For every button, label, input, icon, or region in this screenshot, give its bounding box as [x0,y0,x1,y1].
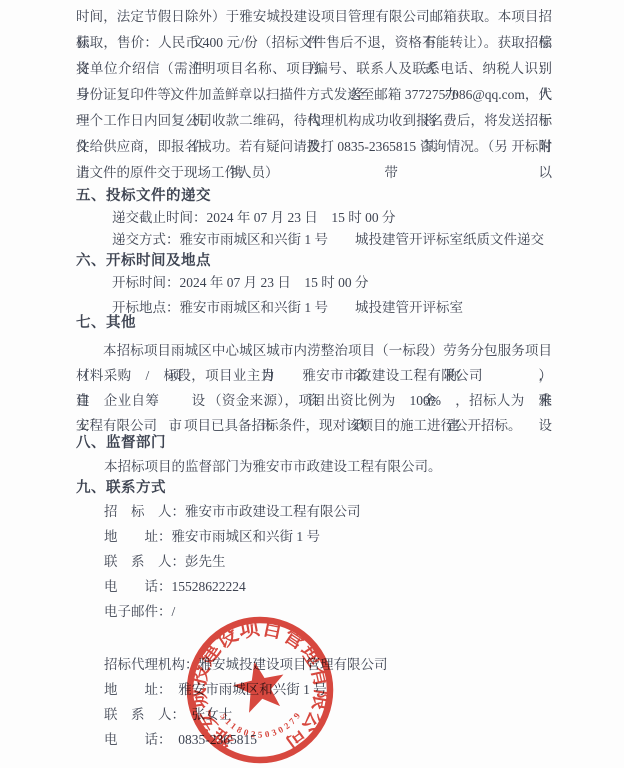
contact-label: 联 系 人： [104,707,178,722]
other-paragraph: 本招标项目雨城区中心城区城市内涝整治项目（一标段）劳务分包服务项目（项目名称） … [76,338,552,438]
section-heading-submission: 五、投标文件的递交 [76,186,552,207]
company-seal: 雅安城投建设项目管理有限公司 5118025030279 [185,615,335,765]
intro-paragraph: 时间，法定节假日除外）于雅安城投建设项目管理有限公司邮箱获取。本项目招标文件有偿… [76,4,552,186]
tenderer-contact-block: 招 标 人：雅安市市政建设工程有限公司 地 址：雅安市雨城区和兴街 1 号 联 … [76,499,552,624]
paragraph-line: 自 企业自筹 （资金来源），项目出资比例为 100% ，招标人为 雅安市市政建设 [76,388,552,413]
paragraph-line: 获取，售价：人民币 400 元/份（招标文件售后不退，资格不能转让）。获取招标文… [76,30,552,56]
contact-row-phone: 电 话：15528622224 [76,574,552,599]
contact-label: 电 话： [104,732,165,747]
seal-star [233,662,283,713]
contact-label: 招 标 人： [104,504,185,519]
paragraph-line: 一个工作日内回复公司收款二维码，待代理机构成功收到报名费后，将发送招标文件及其附 [76,108,552,134]
contact-label: 地 址： [104,529,172,544]
contact-label: 电 话： [104,579,172,594]
contact-value: 雅安市雨城区和兴街 1 号 [172,529,321,544]
paragraph-line: 材料采购 / 标段，项目业主为 雅安市市政建设工程有限公司 ，建设资金来 [76,363,552,388]
contact-label: 地 址： [104,682,165,697]
submission-method: 递交方式：雅安市雨城区和兴街 1 号 城投建管开评标室纸质文件递交 [76,229,552,251]
paragraph-line: 件给供应商，即报名成功。若有疑问请拨打 0835-2365815 咨询情况。（另… [76,134,552,160]
contact-label: 电子邮件： [104,604,172,619]
paragraph-line: 时间，法定节假日除外）于雅安城投建设项目管理有限公司邮箱获取。本项目招标文件有偿 [76,4,552,30]
paragraph-line: 身份证复印件等文件加盖鲜章以扫描件方式发送至邮箱 3772757086@qq.c… [76,82,552,108]
contact-value: 雅安市市政建设工程有限公司 [185,504,361,519]
contact-value: / [172,604,176,619]
supervision-text: 本招标项目的监督部门为雅安市市政建设工程有限公司。 [76,456,552,478]
paragraph-line: 本招标项目雨城区中心城区城市内涝整治项目（一标段）劳务分包服务项目（项目名称） [76,338,552,363]
opening-time: 开标时间：2024 年 07 月 23 日 15 时 00 分 [76,272,552,294]
contact-row-address: 地 址：雅安市雨城区和兴街 1 号 [76,524,552,549]
section-heading-bid-opening: 六、开标时间及地点 [76,251,552,272]
contact-value: 彭先生 [185,554,226,569]
submission-deadline: 递交截止时间：2024 年 07 月 23 日 15 时 00 分 [76,207,552,229]
contact-row-person: 联 系 人：彭先生 [76,549,552,574]
contact-value: 15528622224 [172,579,246,594]
section-heading-contact: 九、联系方式 [76,478,552,499]
paragraph-line: 将单位介绍信（需注明项目名称、项目编号、联系人及联系电话、纳税人识别号）、经办人 [76,56,552,82]
contact-row-tenderer: 招 标 人：雅安市市政建设工程有限公司 [76,499,552,524]
contact-label: 联 系 人： [104,554,185,569]
